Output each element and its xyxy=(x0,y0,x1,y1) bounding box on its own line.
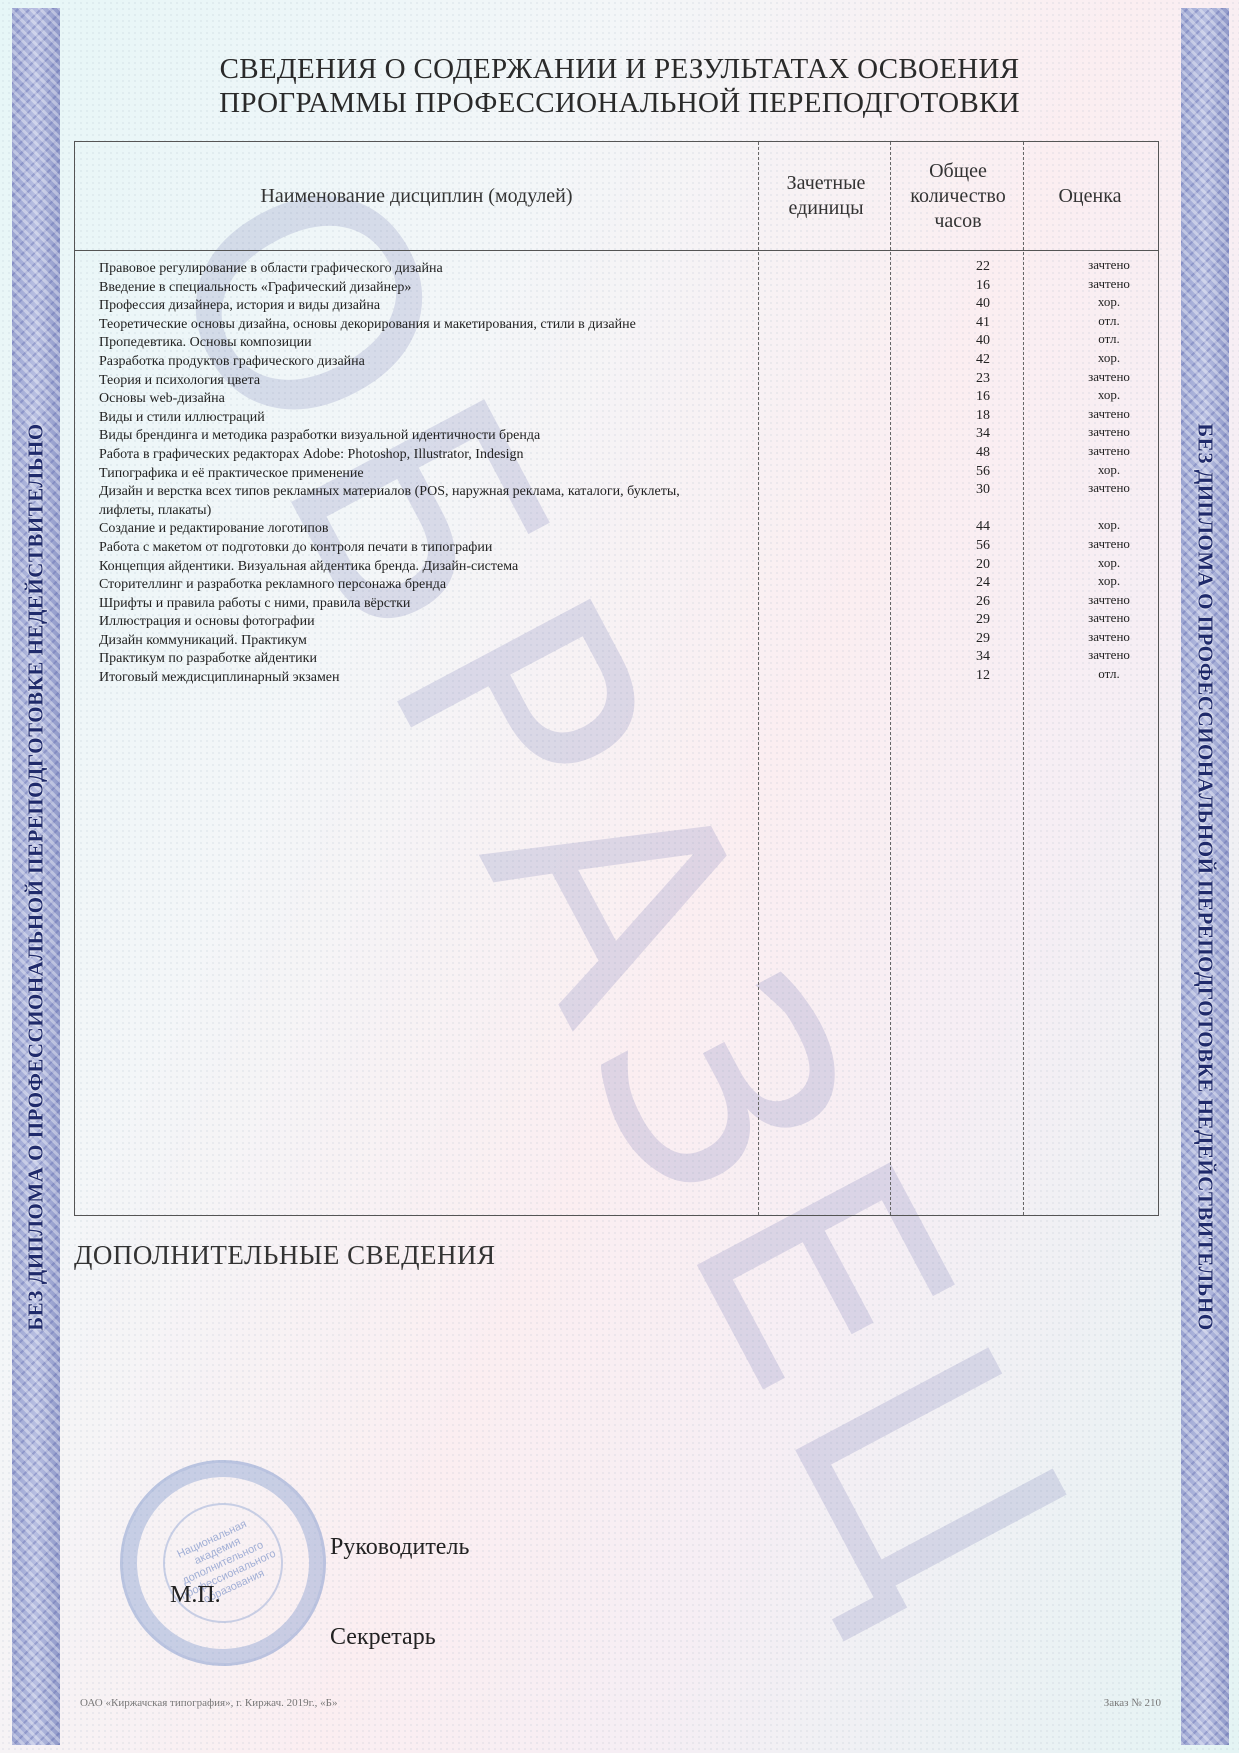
grade-value: зачтено xyxy=(1049,646,1169,665)
hours-value: 29 xyxy=(953,611,1013,630)
hours-value: 12 xyxy=(953,667,1013,686)
header-discipline: Наименование дисциплин (модулей) xyxy=(75,142,758,250)
hours-value: 22 xyxy=(953,258,1013,277)
grade-value: зачтено xyxy=(1049,609,1169,628)
hours-value: 26 xyxy=(953,593,1013,612)
discipline-name: Сторителлинг и разработка рекламного пер… xyxy=(99,576,719,595)
title-line-1: СВЕДЕНИЯ О СОДЕРЖАНИИ И РЕЗУЛЬТАТАХ ОСВО… xyxy=(0,52,1239,86)
header-divider xyxy=(75,250,1158,251)
discipline-name: Профессия дизайнера, история и виды диза… xyxy=(99,297,719,316)
discipline-name: Создание и редактирование логотипов xyxy=(99,520,719,539)
grade-value: хор. xyxy=(1049,516,1169,535)
hours-value: 56 xyxy=(953,463,1013,482)
grade-value: зачтено xyxy=(1049,535,1169,554)
seal-label: М.П. xyxy=(170,1582,221,1609)
grade-value: отл. xyxy=(1049,665,1169,684)
hours-value: 34 xyxy=(953,648,1013,667)
grade-value: хор. xyxy=(1049,461,1169,480)
disciplines-table: Наименование дисциплин (модулей) Зачетны… xyxy=(74,141,1159,1216)
head-signature-label: Руководитель xyxy=(330,1534,469,1561)
discipline-name: Пропедевтика. Основы композиции xyxy=(99,334,719,353)
grade-value: зачтено xyxy=(1049,479,1169,498)
grade-value: зачтено xyxy=(1049,628,1169,647)
grade-value: зачтено xyxy=(1049,275,1169,294)
grade-value: зачтено xyxy=(1049,405,1169,424)
discipline-name: Виды и стили иллюстраций xyxy=(99,409,719,428)
hours-value: 42 xyxy=(953,351,1013,370)
grade-value: хор. xyxy=(1049,349,1169,368)
order-number: Заказ № 210 xyxy=(1104,1697,1161,1709)
discipline-name: Практикум по разработке айдентики xyxy=(99,650,719,669)
grade-value: зачтено xyxy=(1049,368,1169,387)
grade-value: хор. xyxy=(1049,386,1169,405)
stamp-text: Национальная академия дополнительного пр… xyxy=(143,1483,302,1642)
left-border-text: БЕЗ ДИПЛОМА О ПРОФЕССИОНАЛЬНОЙ ПЕРЕПОДГО… xyxy=(24,423,49,1330)
table-row: Итоговый междисциплинарный экзамен12отл. xyxy=(99,669,1158,688)
hours-value: 23 xyxy=(953,370,1013,389)
grade-value: отл. xyxy=(1049,330,1169,349)
page-title: СВЕДЕНИЯ О СОДЕРЖАНИИ И РЕЗУЛЬТАТАХ ОСВО… xyxy=(0,52,1239,120)
hours-value: 34 xyxy=(953,425,1013,444)
discipline-name: Введение в специальность «Графический ди… xyxy=(99,279,719,298)
grade-value: зачтено xyxy=(1049,256,1169,275)
hours-value: 16 xyxy=(953,277,1013,296)
grade-value: хор. xyxy=(1049,554,1169,573)
hours-value: 30 xyxy=(953,481,1013,500)
hours-value: 16 xyxy=(953,388,1013,407)
discipline-name: Дизайн и верстка всех типов рекламных ма… xyxy=(99,483,719,520)
discipline-name: Работа с макетом от подготовки до контро… xyxy=(99,539,719,558)
grade-value: зачтено xyxy=(1049,591,1169,610)
grade-value: отл. xyxy=(1049,312,1169,331)
grade-value: зачтено xyxy=(1049,423,1169,442)
discipline-name: Работа в графических редакторах Adobe: P… xyxy=(99,446,719,465)
table-body: Правовое регулирование в области графиче… xyxy=(99,260,1158,688)
header-grade: Оценка xyxy=(1025,142,1155,250)
right-border-text: БЕЗ ДИПЛОМА О ПРОФЕССИОНАЛЬНОЙ ПЕРЕПОДГО… xyxy=(1193,423,1218,1330)
printer-info: ОАО «Киржачская типография», г. Киржач. … xyxy=(80,1697,338,1709)
left-ornamental-border: БЕЗ ДИПЛОМА О ПРОФЕССИОНАЛЬНОЙ ПЕРЕПОДГО… xyxy=(12,8,60,1745)
discipline-name: Концепция айдентики. Визуальная айдентик… xyxy=(99,558,719,577)
hours-value: 44 xyxy=(953,518,1013,537)
grade-value: хор. xyxy=(1049,293,1169,312)
right-ornamental-border: БЕЗ ДИПЛОМА О ПРОФЕССИОНАЛЬНОЙ ПЕРЕПОДГО… xyxy=(1181,8,1229,1745)
discipline-name: Типографика и её практическое применение xyxy=(99,465,719,484)
official-stamp: Национальная академия дополнительного пр… xyxy=(86,1426,360,1700)
grade-value: хор. xyxy=(1049,572,1169,591)
hours-value: 41 xyxy=(953,314,1013,333)
hours-value: 24 xyxy=(953,574,1013,593)
table-row: Дизайн и верстка всех типов рекламных ма… xyxy=(99,483,1158,520)
hours-value: 18 xyxy=(953,407,1013,426)
discipline-name: Дизайн коммуникаций. Практикум xyxy=(99,632,719,651)
discipline-name: Иллюстрация и основы фотографии xyxy=(99,613,719,632)
hours-value: 40 xyxy=(953,332,1013,351)
hours-value: 56 xyxy=(953,537,1013,556)
hours-value: 40 xyxy=(953,295,1013,314)
header-credits: Зачетные единицы xyxy=(771,142,881,250)
grade-value: зачтено xyxy=(1049,442,1169,461)
discipline-name: Правовое регулирование в области графиче… xyxy=(99,260,719,279)
discipline-name: Шрифты и правила работы с ними, правила … xyxy=(99,595,719,614)
hours-value: 20 xyxy=(953,556,1013,575)
header-hours: Общее количество часов xyxy=(901,142,1015,250)
discipline-name: Виды брендинга и методика разработки виз… xyxy=(99,427,719,446)
hours-value: 29 xyxy=(953,630,1013,649)
discipline-name: Теоретические основы дизайна, основы дек… xyxy=(99,316,719,335)
additional-info-title: ДОПОЛНИТЕЛЬНЫЕ СВЕДЕНИЯ xyxy=(74,1240,496,1271)
hours-value: 48 xyxy=(953,444,1013,463)
discipline-name: Теория и психология цвета xyxy=(99,372,719,391)
discipline-name: Основы web-дизайна xyxy=(99,390,719,409)
title-line-2: ПРОГРАММЫ ПРОФЕССИОНАЛЬНОЙ ПЕРЕПОДГОТОВК… xyxy=(0,86,1239,120)
secretary-signature-label: Секретарь xyxy=(330,1624,436,1651)
discipline-name: Разработка продуктов графического дизайн… xyxy=(99,353,719,372)
discipline-name: Итоговый междисциплинарный экзамен xyxy=(99,669,719,688)
